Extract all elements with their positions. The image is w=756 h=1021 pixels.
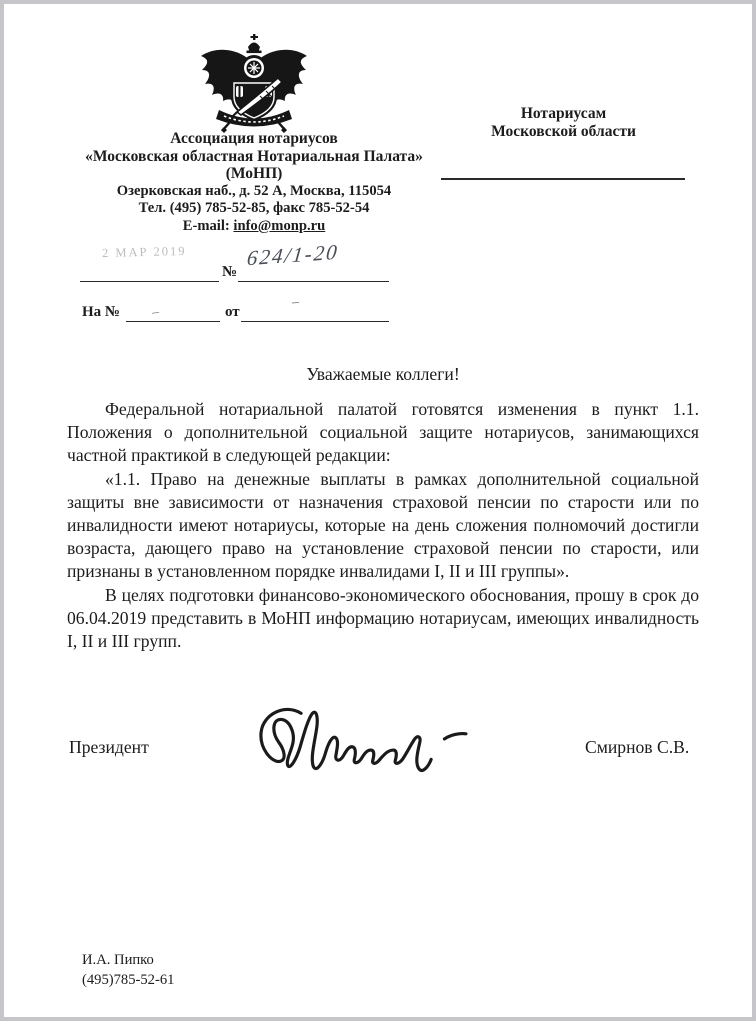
recipient-line1: Нотариусам xyxy=(441,105,686,123)
org-address-line: Озерковская наб., д. 52 А, Москва, 11505… xyxy=(32,183,476,201)
number-label: № xyxy=(222,264,237,281)
date-blank-line xyxy=(80,263,219,282)
org-email-line: E-mail: info@monp.ru xyxy=(32,218,476,236)
executor-contact-block: И.А. Пипко (495)785-52-61 xyxy=(82,951,174,990)
incoming-date-stamp: 2 МАР 2019 xyxy=(102,244,187,261)
paragraph-quote: «1.1. Право на денежные выплаты в рамках… xyxy=(67,468,699,584)
org-phone-line: Тел. (495) 785-52-85, факс 785-52-54 xyxy=(32,200,476,218)
recipient-block: Нотариусам Московской области xyxy=(441,105,686,140)
executor-phone: (495)785-52-61 xyxy=(82,971,174,991)
paragraph-intro: Федеральной нотариальной палатой готовят… xyxy=(67,398,699,468)
scanned-letter-page: Ассоциация нотариусов «Московская област… xyxy=(0,0,756,1021)
org-name-line: «Московская областная Нотариальная Палат… xyxy=(32,148,476,166)
handwritten-signature xyxy=(254,696,469,788)
signer-title: Президент xyxy=(69,737,149,758)
executor-name: И.А. Пипко xyxy=(82,951,174,971)
email-label: E-mail: xyxy=(183,218,234,234)
handwritten-dash-right: – xyxy=(291,295,299,311)
org-association-line: Ассоциация нотариусов xyxy=(32,130,476,148)
recipient-underline xyxy=(441,160,685,180)
recipient-line2: Московской области xyxy=(441,123,686,141)
from-date-label: от xyxy=(225,304,240,321)
letter-body: Федеральной нотариальной палатой готовят… xyxy=(67,398,699,653)
from-date-blank-line xyxy=(241,303,389,322)
salutation: Уважаемые коллеги! xyxy=(67,364,699,385)
letterhead-org-block: Ассоциация нотариусов «Московская област… xyxy=(32,130,476,236)
paragraph-request: В целях подготовки финансово-экономическ… xyxy=(67,584,699,654)
reply-to-label: На № xyxy=(82,304,120,321)
signer-name: Смирнов С.В. xyxy=(585,737,689,758)
org-abbr-line: (МоНП) xyxy=(32,165,476,183)
email-address: info@monp.ru xyxy=(233,218,325,234)
double-headed-eagle-icon xyxy=(194,34,314,134)
reply-to-blank-line xyxy=(126,303,220,322)
